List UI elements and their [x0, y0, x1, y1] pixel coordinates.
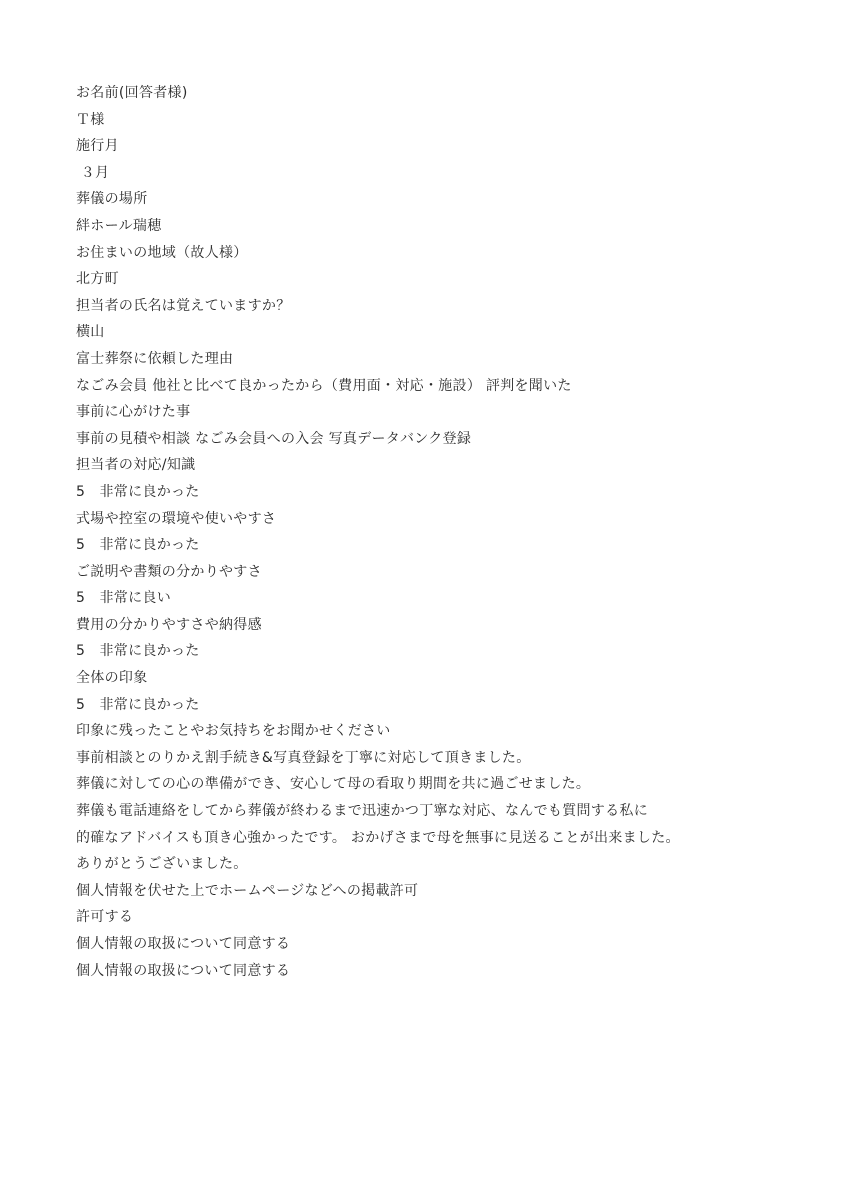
cost-label: 費用の分かりやすさや納得感: [76, 612, 680, 639]
region-label: お住まいの地域（故人様）: [76, 240, 680, 267]
cost-value: 5 非常に良かった: [76, 638, 680, 665]
staff-name-label: 担当者の氏名は覚えていますか？: [76, 293, 680, 320]
name-value: Ｔ様: [76, 107, 680, 134]
overall-label: 全体の印象: [76, 665, 680, 692]
preparation-value: 事前の見積や相談 なごみ会員への入会 写真データバンク登録: [76, 426, 680, 453]
comment-line: 事前相談とのりかえ割手続き&写真登録を丁寧に対応して頂きました。: [76, 745, 680, 772]
publish-permission-label: 個人情報を伏せた上でホームページなどへの掲載許可: [76, 878, 680, 905]
comments-label: 印象に残ったことやお気持ちをお聞かせください: [76, 718, 680, 745]
publish-permission-value: 許可する: [76, 904, 680, 931]
comment-line: ありがとうございました。: [76, 851, 680, 878]
name-label: お名前(回答者様): [76, 80, 680, 107]
explanation-label: ご説明や書類の分かりやすさ: [76, 559, 680, 586]
month-value: ３月: [76, 160, 680, 187]
reason-label: 富士葬祭に依頼した理由: [76, 346, 680, 373]
staff-response-value: 5 非常に良かった: [76, 479, 680, 506]
facility-label: 式場や控室の環境や使いやすさ: [76, 506, 680, 533]
comment-line: 的確なアドバイスも頂き心強かったです。 おかげさまで母を無事に見送ることが出来ま…: [76, 825, 680, 852]
explanation-value: 5 非常に良い: [76, 585, 680, 612]
privacy-consent-label: 個人情報の取扱について同意する: [76, 931, 680, 958]
privacy-consent-value: 個人情報の取扱について同意する: [76, 958, 680, 985]
facility-value: 5 非常に良かった: [76, 532, 680, 559]
survey-document: お名前(回答者様) Ｔ様 施行月 ３月 葬儀の場所 絆ホール瑞穂 お住まいの地域…: [76, 80, 680, 984]
reason-value: なごみ会員 他社と比べて良かったから（費用面・対応・施設） 評判を聞いた: [76, 373, 680, 400]
preparation-label: 事前に心がけた事: [76, 399, 680, 426]
overall-value: 5 非常に良かった: [76, 692, 680, 719]
staff-name-value: 横山: [76, 319, 680, 346]
venue-value: 絆ホール瑞穂: [76, 213, 680, 240]
month-label: 施行月: [76, 133, 680, 160]
comment-line: 葬儀も電話連絡をしてから葬儀が終わるまで迅速かつ丁寧な対応、なんでも質問する私に: [76, 798, 680, 825]
region-value: 北方町: [76, 266, 680, 293]
staff-response-label: 担当者の対応/知識: [76, 452, 680, 479]
venue-label: 葬儀の場所: [76, 186, 680, 213]
comment-line: 葬儀に対しての心の準備ができ、安心して母の看取り期間を共に過ごせました。: [76, 771, 680, 798]
